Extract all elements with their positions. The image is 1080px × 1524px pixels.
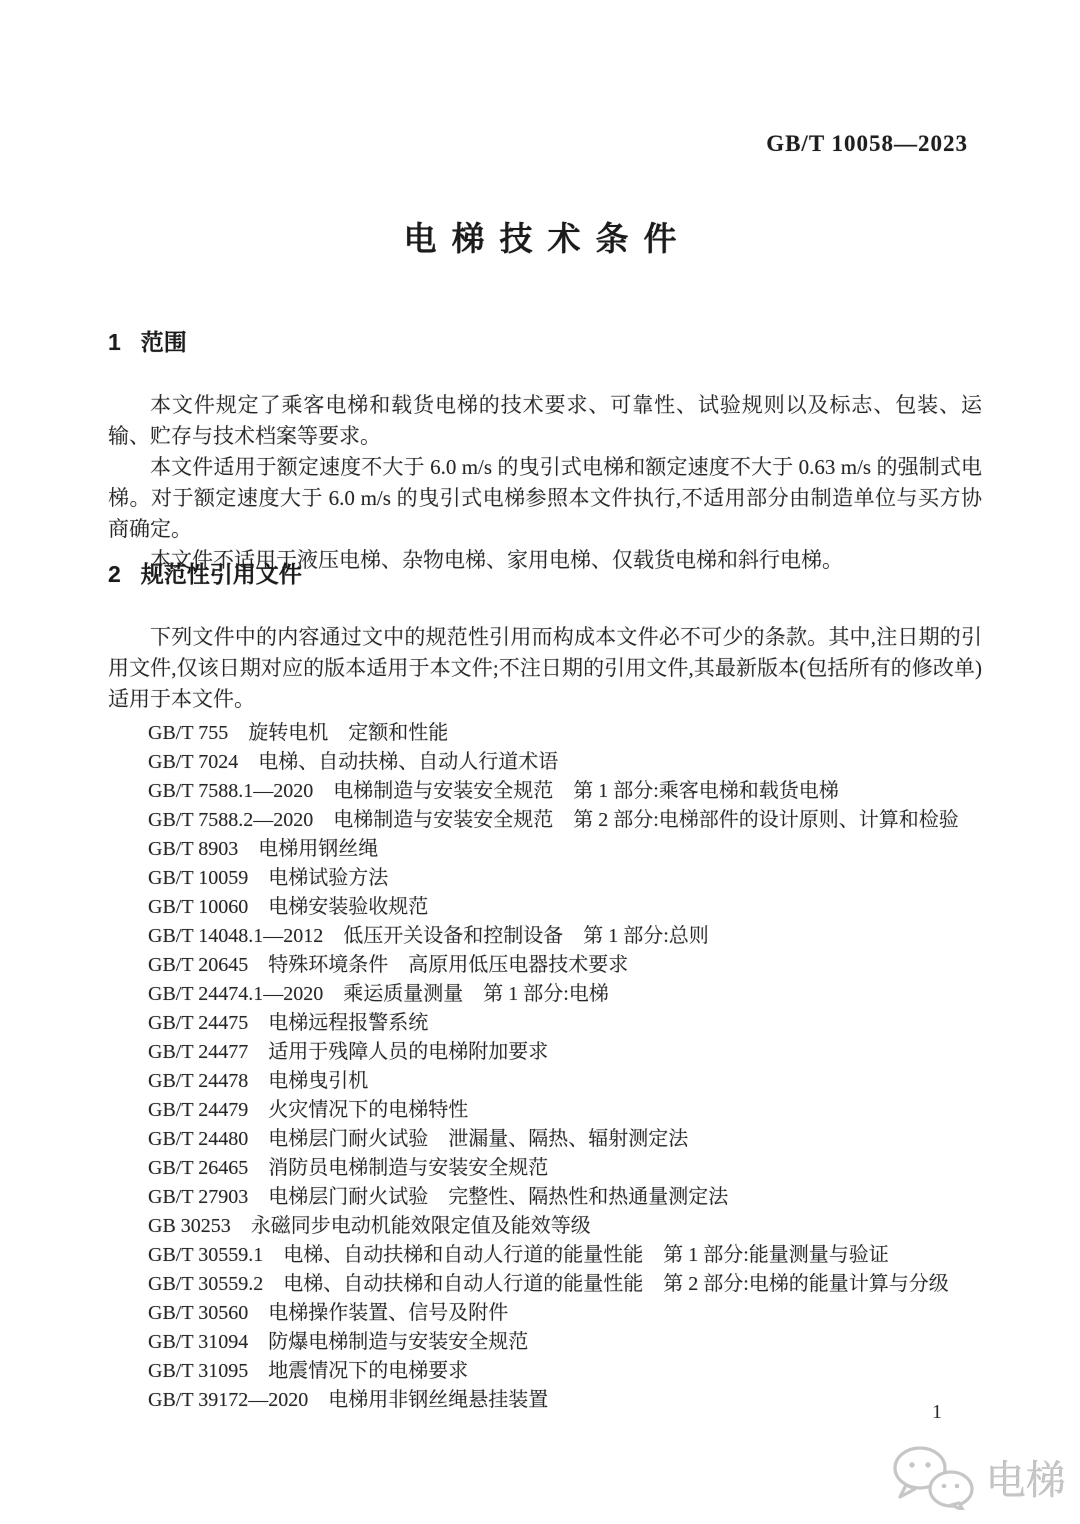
- scope-paragraph-1: 本文件规定了乘客电梯和载货电梯的技术要求、可靠性、试验规则以及标志、包装、运输、…: [108, 390, 982, 452]
- reference-item: GB/T 31094 防爆电梯制造与安装安全规范: [108, 1328, 982, 1357]
- reference-item: GB/T 30559.1 电梯、自动扶梯和自动人行道的能量性能 第 1 部分:能…: [108, 1241, 982, 1270]
- wechat-logo-icon: [890, 1444, 978, 1510]
- reference-item: GB/T 7588.1—2020 电梯制造与安装安全规范 第 1 部分:乘客电梯…: [108, 777, 982, 806]
- reference-item: GB/T 755 旋转电机 定额和性能: [108, 719, 982, 748]
- watermark: 电梯: [890, 1444, 1066, 1510]
- section-scope: 1范围 本文件规定了乘客电梯和载货电梯的技术要求、可靠性、试验规则以及标志、包装…: [108, 324, 982, 576]
- document-title: 电梯技术条件: [0, 213, 1080, 260]
- scope-paragraph-2: 本文件适用于额定速度不大于 6.0 m/s 的曳引式电梯和额定速度不大于 0.6…: [108, 452, 982, 545]
- page-number: 1: [932, 1401, 942, 1424]
- reference-item: GB 30253 永磁同步电动机能效限定值及能效等级: [108, 1212, 982, 1241]
- reference-item: GB/T 30559.2 电梯、自动扶梯和自动人行道的能量性能 第 2 部分:电…: [108, 1270, 982, 1299]
- section-2-title: 规范性引用文件: [141, 561, 302, 587]
- reference-item: GB/T 31095 地震情况下的电梯要求: [108, 1357, 982, 1386]
- reference-item: GB/T 24477 适用于残障人员的电梯附加要求: [108, 1038, 982, 1067]
- section-2-heading: 2规范性引用文件: [108, 556, 982, 589]
- section-1-heading: 1范围: [108, 324, 982, 357]
- reference-item: GB/T 10060 电梯安装验收规范: [108, 893, 982, 922]
- document-page: GB/T 10058—2023 电梯技术条件 1范围 本文件规定了乘客电梯和载货…: [0, 0, 1080, 1524]
- reference-item: GB/T 24479 火灾情况下的电梯特性: [108, 1096, 982, 1125]
- section-1-title: 范围: [141, 329, 187, 355]
- reference-item: GB/T 39172—2020 电梯用非钢丝绳悬挂装置: [108, 1386, 982, 1415]
- section-2-number: 2: [108, 561, 121, 587]
- reference-item: GB/T 14048.1—2012 低压开关设备和控制设备 第 1 部分:总则: [108, 922, 982, 951]
- section-1-number: 1: [108, 329, 121, 355]
- reference-item: GB/T 7588.2—2020 电梯制造与安装安全规范 第 2 部分:电梯部件…: [108, 806, 982, 835]
- watermark-label: 电梯: [986, 1449, 1066, 1506]
- reference-item: GB/T 10059 电梯试验方法: [108, 864, 982, 893]
- reference-item: GB/T 26465 消防员电梯制造与安装安全规范: [108, 1154, 982, 1183]
- reference-item: GB/T 24475 电梯远程报警系统: [108, 1009, 982, 1038]
- reference-item: GB/T 24474.1—2020 乘运质量测量 第 1 部分:电梯: [108, 980, 982, 1009]
- reference-item: GB/T 7024 电梯、自动扶梯、自动人行道术语: [108, 748, 982, 777]
- references-intro: 下列文件中的内容通过文中的规范性引用而构成本文件必不可少的条款。其中,注日期的引…: [108, 622, 982, 715]
- reference-item: GB/T 27903 电梯层门耐火试验 完整性、隔热性和热通量测定法: [108, 1183, 982, 1212]
- section-normative-references: 2规范性引用文件 下列文件中的内容通过文中的规范性引用而构成本文件必不可少的条款…: [108, 556, 982, 1415]
- reference-item: GB/T 30560 电梯操作装置、信号及附件: [108, 1299, 982, 1328]
- reference-item: GB/T 24480 电梯层门耐火试验 泄漏量、隔热、辐射测定法: [108, 1125, 982, 1154]
- doc-number: GB/T 10058—2023: [766, 131, 968, 157]
- reference-item: GB/T 24478 电梯曳引机: [108, 1067, 982, 1096]
- reference-item: GB/T 20645 特殊环境条件 高原用低压电器技术要求: [108, 951, 982, 980]
- references-list: GB/T 755 旋转电机 定额和性能 GB/T 7024 电梯、自动扶梯、自动…: [108, 719, 982, 1415]
- reference-item: GB/T 8903 电梯用钢丝绳: [108, 835, 982, 864]
